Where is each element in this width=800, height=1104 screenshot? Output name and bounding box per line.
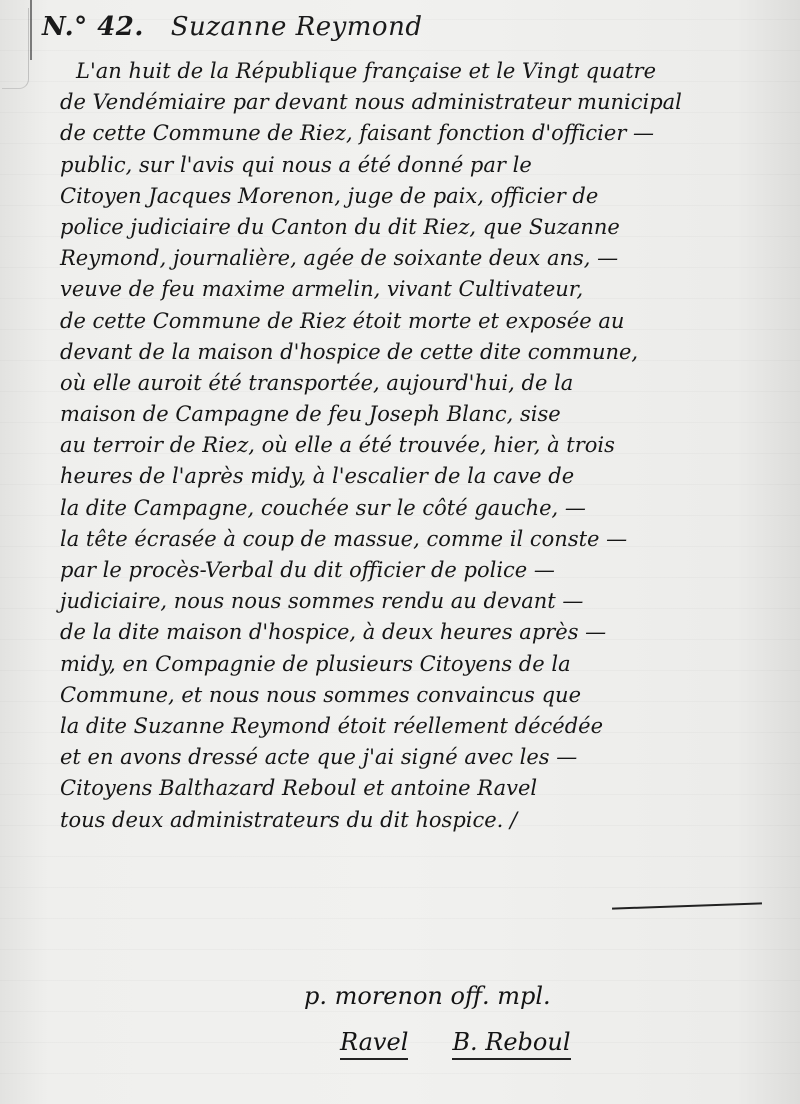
text-line: tous deux administrateurs du dit hospice… (60, 805, 760, 836)
text-line: public, sur l'avis qui nous a été donné … (60, 150, 760, 181)
text-line: de la dite maison d'hospice, à deux heur… (60, 617, 760, 648)
text-line: de Vendémiaire par devant nous administr… (60, 87, 760, 118)
signature-officer: p. morenon off. mpl. (304, 982, 700, 1010)
margin-stamp (2, 8, 29, 89)
record-header: N.° 42. Suzanne Reymond (42, 12, 422, 42)
text-line: maison de Campagne de feu Joseph Blanc, … (60, 399, 760, 430)
text-line: la dite Suzanne Reymond étoit réellement… (60, 711, 760, 742)
text-line: heures de l'après midy, à l'escalier de … (60, 461, 760, 492)
text-line: la tête écrasée à coup de massue, comme … (60, 524, 760, 555)
text-line: la dite Campagne, couchée sur le côté ga… (60, 493, 760, 524)
text-line: veuve de feu maxime armelin, vivant Cult… (60, 274, 760, 305)
signature-reboul: B. Reboul (452, 1028, 570, 1060)
text-line: midy, en Compagnie de plusieurs Citoyens… (60, 649, 760, 680)
text-line: de cette Commune de Riez étoit morte et … (60, 306, 760, 337)
text-line: et en avons dressé acte que j'ai signé a… (60, 742, 760, 773)
text-line: Reymond, journalière, agée de soixante d… (60, 243, 760, 274)
signature-block: p. morenon off. mpl. Ravel B. Reboul (300, 982, 700, 1060)
closing-flourish (612, 902, 762, 909)
margin-rule (30, 0, 32, 60)
text-line: L'an huit de la République française et … (60, 56, 760, 87)
text-line: police judiciaire du Canton du dit Riez,… (60, 212, 760, 243)
signature-ravel: Ravel (340, 1028, 408, 1060)
text-line: de cette Commune de Riez, faisant foncti… (60, 118, 760, 149)
record-name: Suzanne Reymond (171, 12, 423, 42)
document-page: N.° 42. Suzanne Reymond L'an huit de la … (0, 0, 800, 1104)
text-line: au terroir de Riez, où elle a été trouvé… (60, 430, 760, 461)
record-number: N.° 42. (42, 12, 144, 42)
record-body: L'an huit de la République française et … (60, 56, 760, 836)
text-line: devant de la maison d'hospice de cette d… (60, 337, 760, 368)
text-line: Citoyen Jacques Morenon, juge de paix, o… (60, 181, 760, 212)
text-line: Commune, et nous nous sommes convaincus … (60, 680, 760, 711)
text-line: par le procès-Verbal du dit officier de … (60, 555, 760, 586)
text-line: où elle auroit été transportée, aujourd'… (60, 368, 760, 399)
text-line: Citoyens Balthazard Reboul et antoine Ra… (60, 773, 760, 804)
text-line: judiciaire, nous nous sommes rendu au de… (60, 586, 760, 617)
